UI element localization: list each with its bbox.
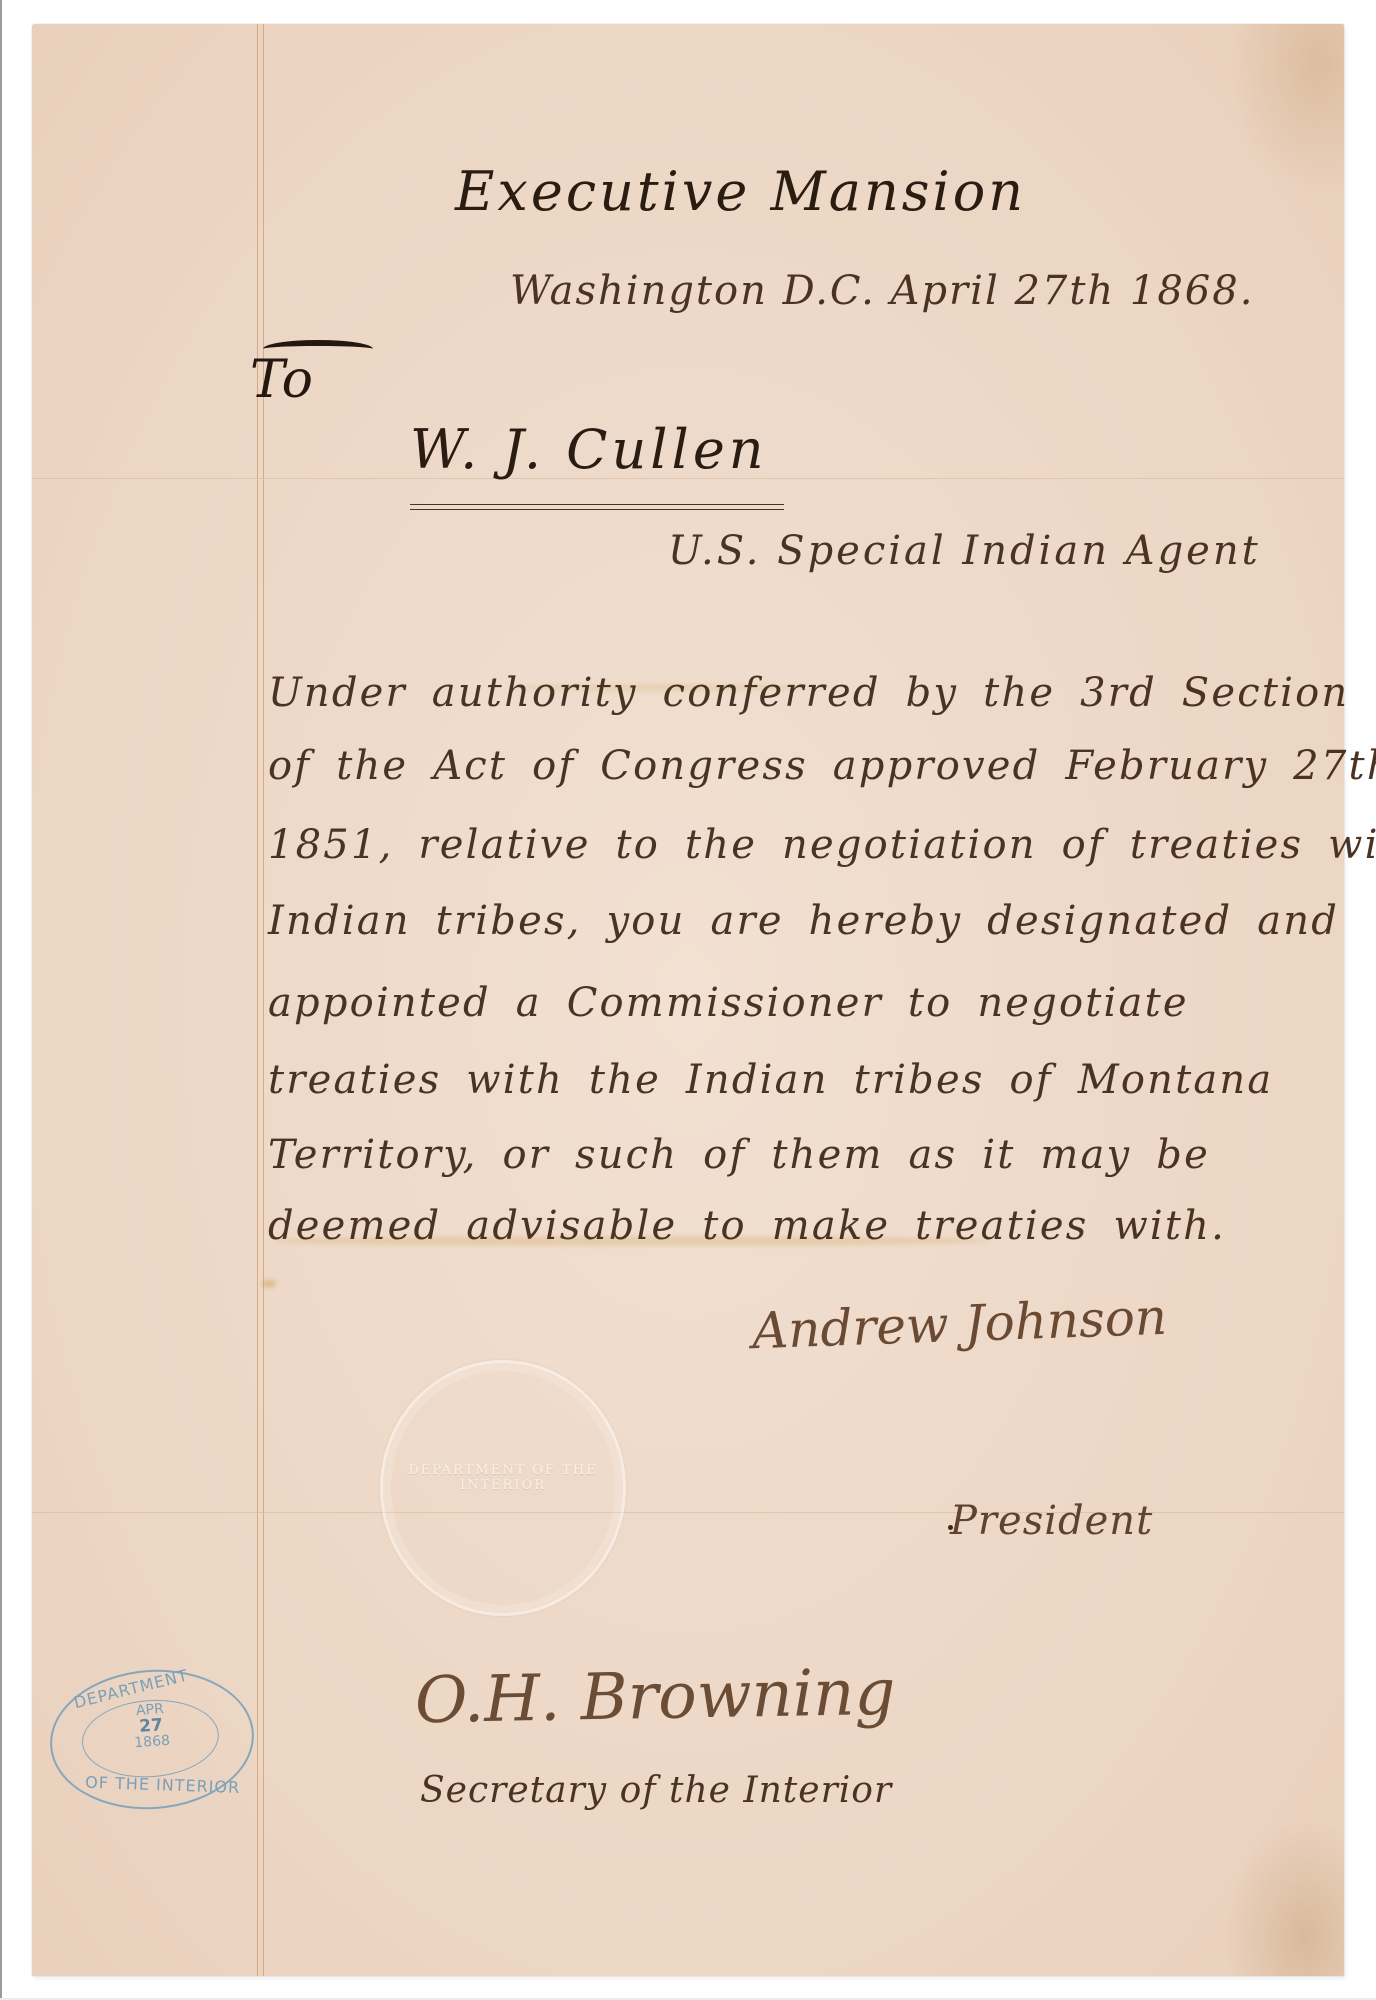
secretary-title: Secretary of the Interior bbox=[420, 1770, 892, 1811]
stamp-bottom-text: OF THE INTERIOR bbox=[85, 1773, 241, 1797]
margin-rule-left bbox=[257, 24, 258, 1976]
body-line-1: Under authority conferred by the 3rd Sec… bbox=[268, 670, 1349, 716]
body-line-7: Territory, or such of them as it may be bbox=[268, 1132, 1210, 1178]
embossed-seal-text: DEPARTMENT OF THE INTERIOR bbox=[383, 1463, 623, 1493]
body-line-6: treaties with the Indian tribes of Monta… bbox=[268, 1057, 1273, 1103]
president-title: President bbox=[950, 1498, 1153, 1544]
addressee-underline bbox=[410, 504, 784, 510]
addressee-title: U.S. Special Indian Agent bbox=[668, 528, 1261, 574]
to-label: To bbox=[250, 350, 314, 410]
margin-rule-right bbox=[263, 24, 264, 1976]
letterhead-heading: Executive Mansion bbox=[455, 160, 1026, 223]
body-line-5: appointed a Commissioner to negotiate bbox=[268, 980, 1189, 1026]
secretary-signature: O.H. Browning bbox=[414, 1656, 896, 1738]
foxing-spot bbox=[262, 1279, 276, 1288]
addressee-name: W. J. Cullen bbox=[410, 418, 768, 481]
body-line-8: deemed advisable to make treaties with. bbox=[268, 1203, 1226, 1249]
body-line-2: of the Act of Congress approved February… bbox=[268, 743, 1376, 789]
image-left-border bbox=[0, 0, 2, 2000]
letterhead-place-date: Washington D.C. April 27th 1868. bbox=[510, 268, 1254, 314]
body-line-3: 1851, relative to the negotiation of tre… bbox=[268, 822, 1376, 868]
body-line-4: Indian tribes, you are hereby designated… bbox=[268, 898, 1339, 944]
embossed-seal: DEPARTMENT OF THE INTERIOR bbox=[380, 1360, 626, 1616]
